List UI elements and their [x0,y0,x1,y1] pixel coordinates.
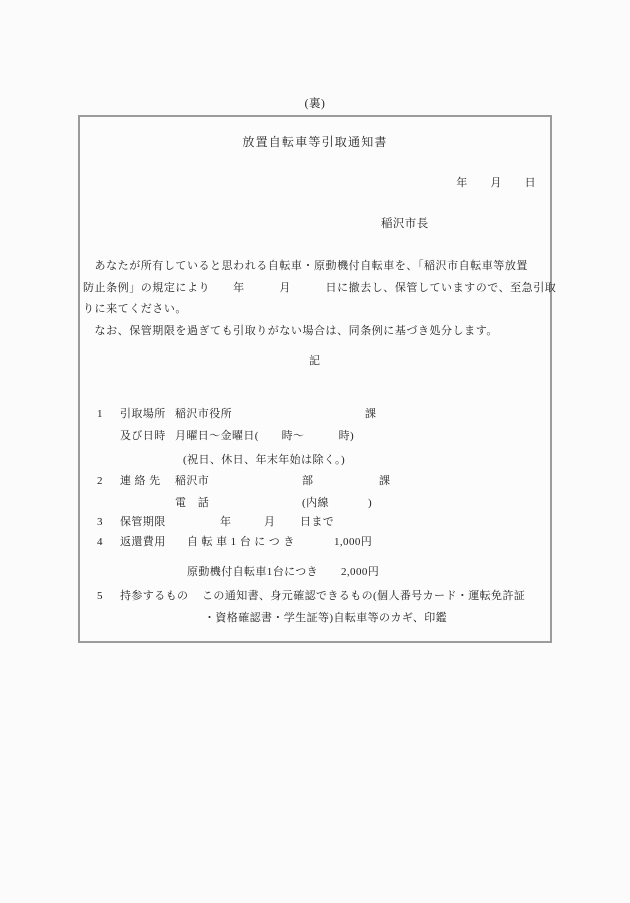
addressee-mayor: 稲沢市長 [381,217,429,232]
record-heading: 記 [80,354,550,369]
pickup-schedule-value: 月曜日～金曜日( 時～ 時) [175,429,354,444]
storage-day-blank: 日まで [300,515,334,530]
items-to-bring-line1: この通知書、身元確認できるもの(個人番号カード・運転免許証 [202,589,525,604]
notice-title: 放置自転車等引取通知書 [80,135,550,150]
storage-deadline-row: 3 保管期限 年 月 日まで [80,515,550,530]
return-fee-bicycle-row: 4 返還費用 自 転 車 1 台 に つ き 1,000円 [80,535,550,550]
pickup-place-value: 稲沢市役所 [175,407,232,422]
items-to-bring-row: 5 持参するもの この通知書、身元確認できるもの(個人番号カード・運転免許証 [80,589,550,604]
bicycle-fee-text: 自 転 車 1 台 に つ き [187,535,295,550]
moped-fee-amount: 2,000円 [341,565,379,580]
notice-body-line: あなたが所有していると思われる自転車・原動機付自転車を、「稲沢市自転車等放置 [83,256,546,278]
pickup-schedule-label: 及び日時 [120,429,166,444]
pickup-schedule-note-row: (祝日、休日、年末年始は除く。) [80,453,550,468]
pickup-place-section-suffix: 課 [365,407,376,422]
pickup-place-row: 1 引取場所 稲沢市役所 課 [80,407,550,422]
contact-label: 連 絡 先 [120,474,161,489]
notice-body: あなたが所有していると思われる自転車・原動機付自転車を、「稲沢市自転車等放置 防… [83,256,546,342]
return-fee-label: 返還費用 [120,535,166,550]
notice-body-line: なお、保管期限を過ぎても引取りがない場合は、同条例に基づき処分します。 [83,321,546,343]
moped-fee-text: 原動機付自転車1台につき [187,565,318,580]
notice-body-line: 防止条例」の規定により 年 月 日に撤去し、保管していますので、至急引取 [83,278,546,300]
items-to-bring-line2: ・資格確認書・学生証等)自転車等のカギ、印鑑 [204,611,447,626]
return-fee-moped-row: 原動機付自転車1台につき 2,000円 [80,565,550,580]
extension-blank-close: ) [368,496,372,511]
contact-phone-row: 電 話 (内線 ) [80,496,550,511]
bicycle-fee-amount: 1,000円 [334,535,372,550]
items-to-bring-label: 持参するもの [120,589,188,604]
items-to-bring-row2: ・資格確認書・学生証等)自転車等のカギ、印鑑 [80,611,550,626]
storage-deadline-label: 保管期限 [120,515,166,530]
contact-section-suffix: 課 [379,474,390,489]
item-number: 3 [97,515,103,530]
contact-dept-suffix: 部 [302,474,313,489]
storage-month-blank: 月 [264,515,275,530]
contact-row: 2 連 絡 先 稲沢市 部 課 [80,474,550,489]
notice-form-box: 放置自転車等引取通知書 年 月 日 稲沢市長 あなたが所有していると思われる自転… [78,115,552,643]
extension-blank-open: (内線 [302,496,329,511]
pickup-place-label: 引取場所 [120,407,166,422]
item-number: 2 [97,474,103,489]
storage-year-blank: 年 [220,515,231,530]
issue-date-blank: 年 月 日 [456,176,536,191]
contact-city: 稲沢市 [175,474,209,489]
item-number: 5 [97,589,103,604]
pickup-schedule-row: 及び日時 月曜日～金曜日( 時～ 時) [80,429,550,444]
phone-label: 電 話 [175,496,209,511]
pickup-schedule-note: (祝日、休日、年末年始は除く。) [183,453,345,468]
item-number: 4 [97,535,103,550]
page-side-label: (裏) [0,95,630,111]
notice-body-line: りに来てください。 [83,299,546,321]
item-number: 1 [97,407,103,422]
